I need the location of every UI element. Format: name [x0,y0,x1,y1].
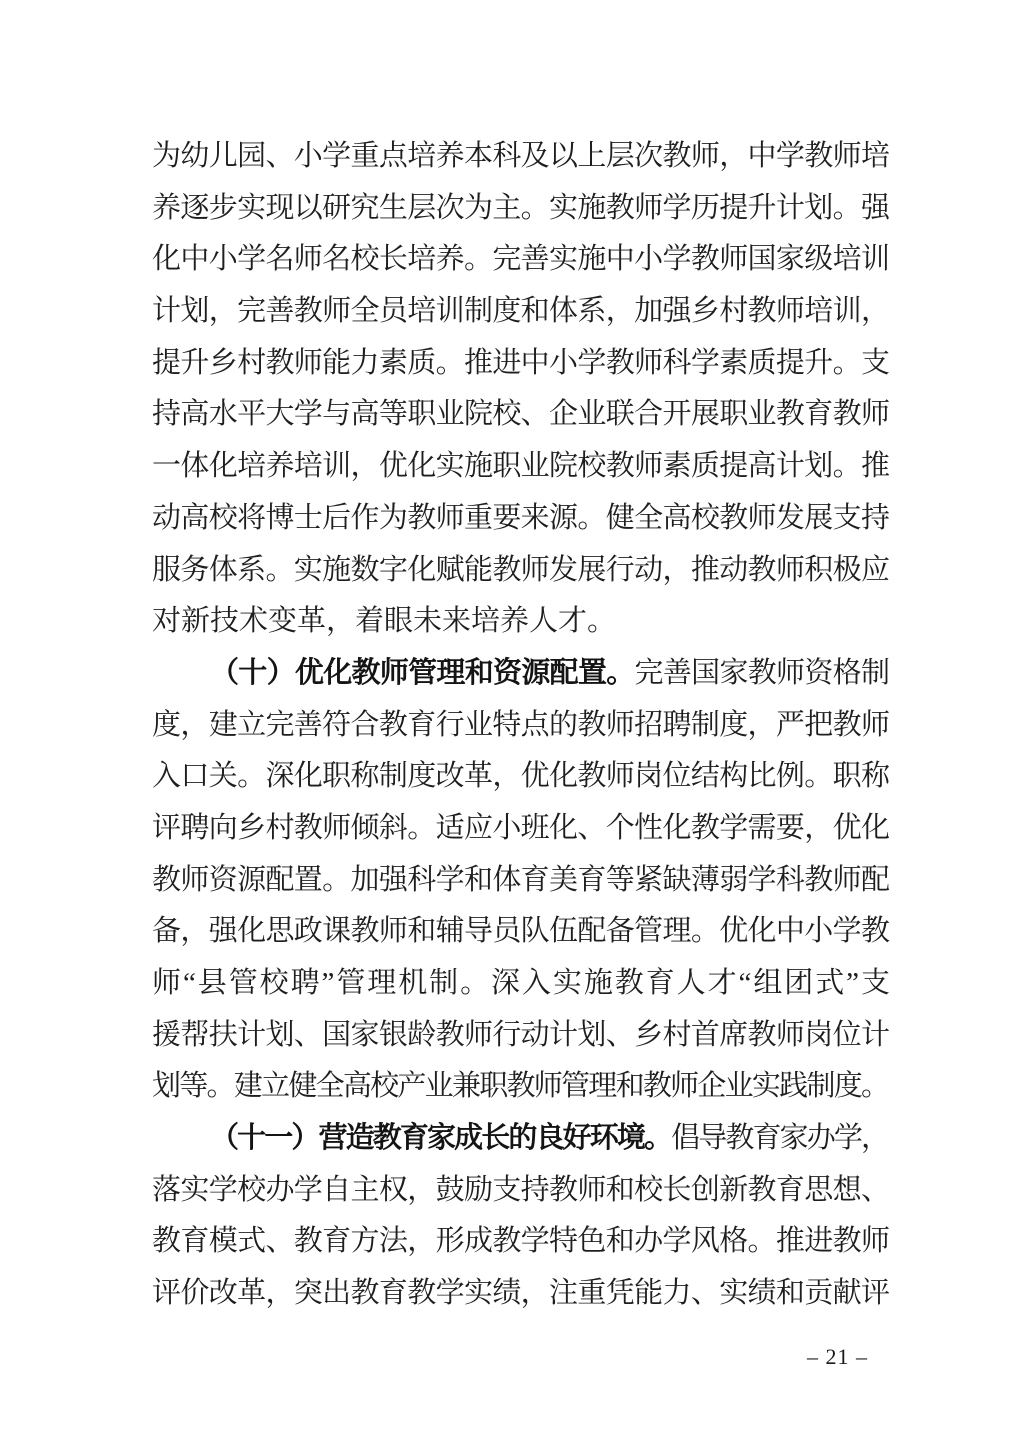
body-text: 入口关。深化职称制度改革，优化教师岗位结构比例。职称 [152,760,889,792]
section-heading: （十）优化教师管理和资源配置。 [210,657,635,689]
body-text: 教育模式、教育方法，形成教学特色和办学风格。推进教师 [152,1225,889,1257]
body-text: 备，强化思政课教师和辅导员队伍配备管理。优化中小学教 [152,915,889,947]
body-text: 援帮扶计划、国家银龄教师行动计划、乡村首席教师岗位计 [152,1019,889,1051]
text-line: 计划，完善教师全员培训制度和体系，加强乡村教师培训， [152,286,890,338]
body-text: 落实学校办学自主权，鼓励支持教师和校长创新教育思想、 [152,1174,889,1206]
body-text: 评价改革，突出教育教学实绩，注重凭能力、实绩和贡献评 [152,1277,889,1309]
text-line: 持高水平大学与高等职业院校、企业联合开展职业教育教师 [152,389,890,441]
body-text: 完善国家教师资格制 [635,657,890,689]
text-line: 养逐步实现以研究生层次为主。实施教师学历提升计划。强 [152,183,890,235]
text-line: 入口关。深化职称制度改革，优化教师岗位结构比例。职称 [152,751,890,803]
body-text: 持高水平大学与高等职业院校、企业联合开展职业教育教师 [152,398,889,430]
body-text: 服务体系。实施数字化赋能教师发展行动，推动教师积极应 [152,554,889,586]
body-text: 养逐步实现以研究生层次为主。实施教师学历提升计划。强 [152,192,889,224]
text-line: 提升乡村教师能力素质。推进中小学教师科学素质提升。支 [152,338,890,390]
section-heading: （十一）营造教育家成长的良好环境。 [210,1122,671,1154]
body-text: 为幼儿园、小学重点培养本科及以上层次教师，中学教师培 [152,140,889,172]
text-line: 备，强化思政课教师和辅导员队伍配备管理。优化中小学教 [152,906,890,958]
text-line: 对新技术变革，着眼未来培养人才。 [152,596,890,648]
text-line: 评价改革，突出教育教学实绩，注重凭能力、实绩和贡献评 [152,1268,890,1320]
text-line: 度，建立完善符合教育行业特点的教师招聘制度，严把教师 [152,700,890,752]
text-line: 教育模式、教育方法，形成教学特色和办学风格。推进教师 [152,1216,890,1268]
text-line: 教师资源配置。加强科学和体育美育等紧缺薄弱学科教师配 [152,855,890,907]
body-text: 提升乡村教师能力素质。推进中小学教师科学素质提升。支 [152,347,889,379]
body-text: 师“县管校聘”管理机制。深入实施教育人才“组团式”支 [152,967,892,999]
body-text: 度，建立完善符合教育行业特点的教师招聘制度，严把教师 [152,709,889,741]
body-text: 动高校将博士后作为教师重要来源。健全高校教师发展支持 [152,502,889,534]
document-page: 为幼儿园、小学重点培养本科及以上层次教师，中学教师培养逐步实现以研究生层次为主。… [0,0,1024,1448]
body-text: 对新技术变革，着眼未来培养人才。 [152,605,616,637]
body-text: 评聘向乡村教师倾斜。适应小班化、个性化教学需要，优化 [152,812,889,844]
text-line: 评聘向乡村教师倾斜。适应小班化、个性化教学需要，优化 [152,803,890,855]
text-line: 援帮扶计划、国家银龄教师行动计划、乡村首席教师岗位计 [152,1010,890,1062]
text-line: 服务体系。实施数字化赋能教师发展行动，推动教师积极应 [152,545,890,597]
document-body: 为幼儿园、小学重点培养本科及以上层次教师，中学教师培养逐步实现以研究生层次为主。… [152,131,890,1320]
text-line: 动高校将博士后作为教师重要来源。健全高校教师发展支持 [152,493,890,545]
body-text: 划等。建立健全高校产业兼职教师管理和教师企业实践制度。 [152,1070,888,1102]
text-line: 师“县管校聘”管理机制。深入实施教育人才“组团式”支 [152,958,890,1010]
body-text: 计划，完善教师全员培训制度和体系，加强乡村教师培训， [152,295,889,327]
paragraph-start-line: （十）优化教师管理和资源配置。完善国家教师资格制 [152,648,890,700]
body-text: 教师资源配置。加强科学和体育美育等紧缺薄弱学科教师配 [152,864,889,896]
text-line: 划等。建立健全高校产业兼职教师管理和教师企业实践制度。 [152,1061,890,1113]
text-line: 落实学校办学自主权，鼓励支持教师和校长创新教育思想、 [152,1165,890,1217]
paragraph-start-line: （十一）营造教育家成长的良好环境。倡导教育家办学， [152,1113,890,1165]
page-number: – 21 – [807,1344,868,1370]
body-text: 倡导教育家办学， [671,1122,888,1154]
text-line: 化中小学名师名校长培养。完善实施中小学教师国家级培训 [152,234,890,286]
text-line: 一体化培养培训，优化实施职业院校教师素质提高计划。推 [152,441,890,493]
body-text: 一体化培养培训，优化实施职业院校教师素质提高计划。推 [152,450,889,482]
body-text: 化中小学名师名校长培养。完善实施中小学教师国家级培训 [152,243,889,275]
text-line: 为幼儿园、小学重点培养本科及以上层次教师，中学教师培 [152,131,890,183]
